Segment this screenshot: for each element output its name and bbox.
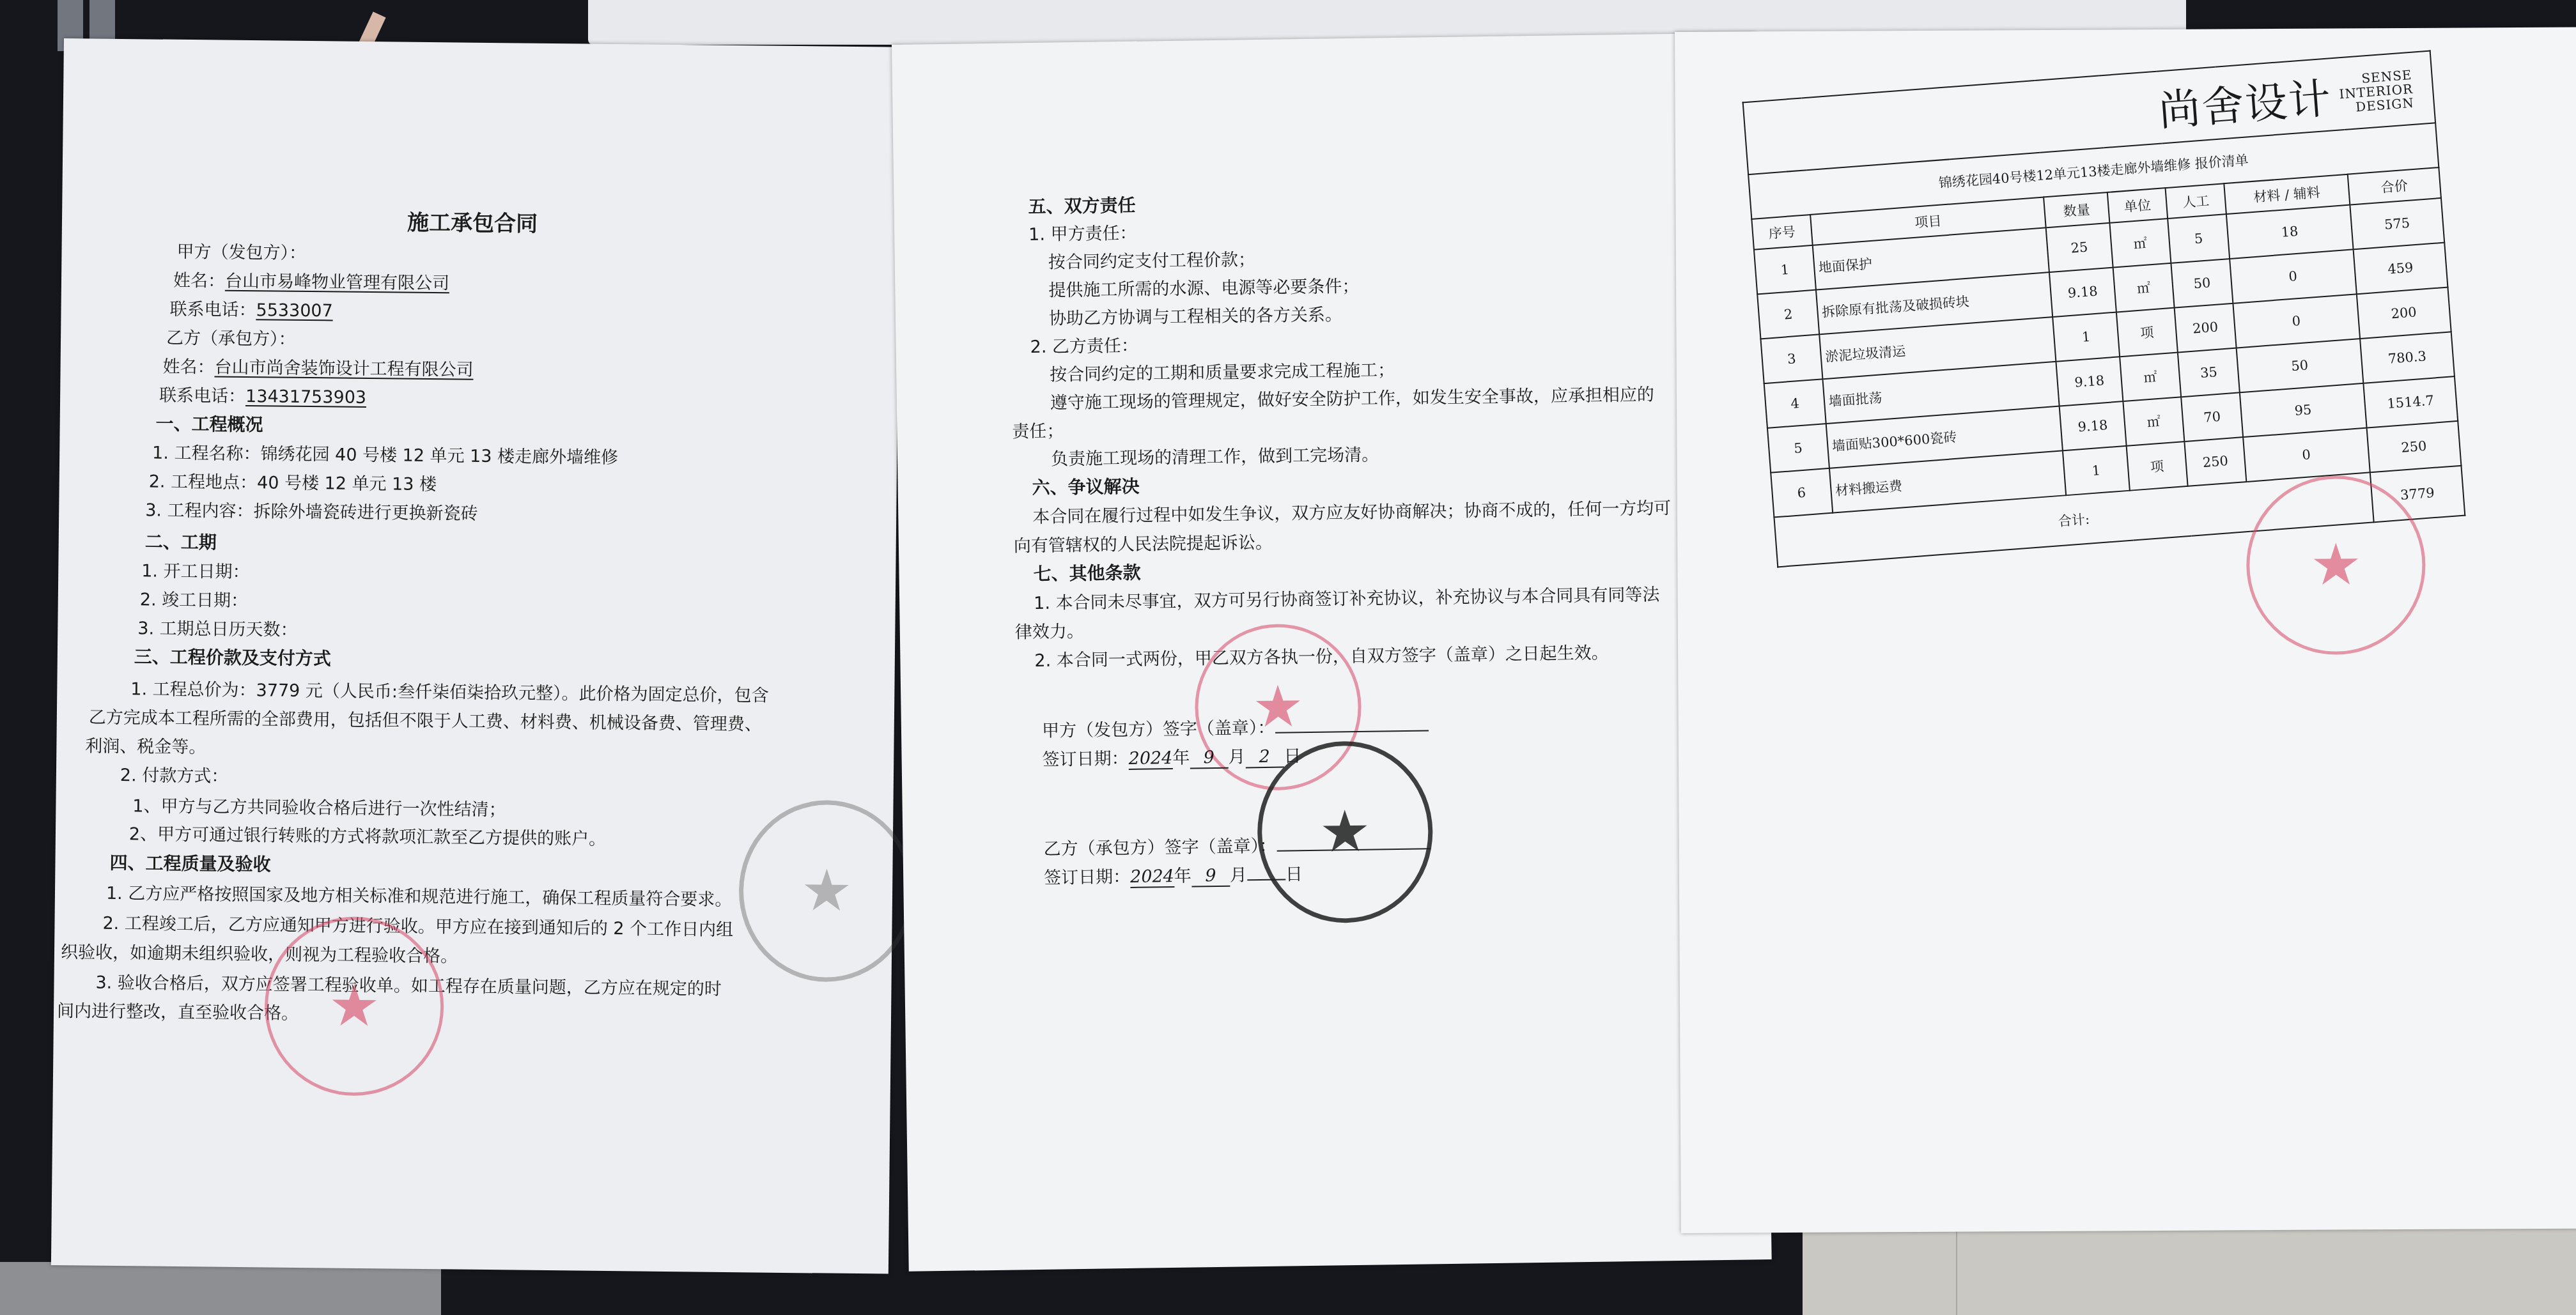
quote-cell: 780.3 (2360, 332, 2455, 383)
s5-b-item: 按合同约定的工期和质量要求完成工程施工； (1050, 356, 1395, 386)
s7-line: 律效力。 (1015, 617, 1085, 643)
s6-line: 本合同在履行过程中如发生争议，双方应友好协商解决；协商不成的，任何一方均可 (1032, 494, 1671, 528)
party-a-seal: ★ (2246, 475, 2426, 655)
quote-cell: 1 (2063, 446, 2129, 495)
quote-page: 尚舍设计 SENSE INTERIOR DESIGN 锦绣花园40号楼12单元1… (1675, 27, 2576, 1233)
section-3-heading: 三、工程价款及支付方式 (134, 643, 331, 670)
col-header: 数量 (2044, 192, 2109, 227)
party-a-name: 台山市易峰物业管理有限公司 (225, 272, 449, 294)
sign-a-line (1275, 730, 1429, 733)
quote-cell: 459 (2353, 243, 2448, 295)
party-b-label: 乙方（承包方）： (166, 324, 296, 350)
party-b-name-row: 姓名：台山市尚舍装饰设计工程有限公司 (162, 353, 473, 381)
party-b-name: 台山市尚舍装饰设计工程有限公司 (214, 357, 473, 380)
col-header: 单位 (2107, 188, 2168, 223)
quote-cell: 9.18 (2056, 357, 2123, 406)
quote-cell: 6 (1771, 468, 1833, 518)
quote-cell: ㎡ (2113, 263, 2175, 312)
col-header: 序号 (1751, 215, 1812, 250)
s4-line: 2. 工程竣工后，乙方应通知甲方进行验收。甲方应在接到通知后的 2 个工作日内组 (102, 909, 733, 941)
quote-cell: ㎡ (2109, 219, 2171, 268)
party-a-name-row: 姓名：台山市易峰物业管理有限公司 (173, 266, 449, 295)
sign-a-row: 甲方（发包方）签字（盖章）： (1042, 711, 1429, 741)
quote-cell: 250 (2366, 421, 2461, 473)
s4-line: 间内进行整改，直至验收合格。 (57, 997, 299, 1024)
s2-item: 3. 工期总日历天数： (137, 614, 298, 641)
party-a-label: 甲方（发包方）： (176, 238, 306, 264)
s1-item: 3. 工程内容：拆除外墙瓷砖进行更换新瓷砖 (145, 496, 478, 524)
party-a-phone-row: 联系电话：5533007 (169, 295, 333, 322)
quote-cell: 200 (2175, 304, 2237, 353)
quote-cell: 9.18 (2060, 401, 2126, 450)
star-icon: ★ (1319, 803, 1371, 861)
quote-cell: 3 (1760, 334, 1822, 383)
s3-payment-item: 1、甲方与乙方共同验收合格后进行一次性结清； (132, 792, 506, 820)
quote-cell: 项 (2126, 442, 2188, 491)
quote-cell: 1 (2052, 312, 2119, 362)
party-b-seal-partial: ★ (738, 799, 915, 983)
contract-page-1: 施工承包合同 甲方（发包方）： 姓名：台山市易峰物业管理有限公司 联系电话：55… (51, 38, 901, 1274)
quote-cell: 575 (2350, 198, 2444, 250)
s3-paragraph: 乙方完成本工程所需的全部费用，包括但不限于人工费、材料费、机械设备费、管理费、 (89, 703, 762, 735)
s1-item: 1. 工程名称：锦绣花园 40 号楼 12 单元 13 楼走廊外墙维修 (152, 438, 618, 468)
s5-b-item: 遵守施工现场的管理规定，做好安全防护工作，如发生安全事故，应承担相应的 (1050, 380, 1654, 413)
quote-cell: 50 (2171, 259, 2233, 308)
quote-cell: ㎡ (2123, 397, 2185, 446)
quote-cell: 4 (1764, 379, 1826, 428)
quote-cell: 5 (2168, 214, 2230, 263)
quote-cell: 35 (2178, 348, 2240, 397)
contract-title: 施工承包合同 (407, 205, 538, 238)
sign-a-day: 2 (1245, 747, 1284, 769)
sign-b-year: 2024 (1130, 866, 1174, 888)
s5-b-item: 负责施工现场的清理工作，做到工完场清。 (1051, 440, 1379, 470)
s7-line: 1. 本合同未尽事宜，双方可另行协商签订补充协议，补充协议与本合同具有同等法 (1034, 580, 1660, 614)
quote-cell: 2 (1757, 290, 1819, 339)
tile-seam (1956, 1227, 1957, 1315)
sign-b-month: 9 (1191, 866, 1230, 888)
party-b-seal: ★ (1256, 740, 1434, 924)
star-icon: ★ (800, 862, 853, 920)
quote-cell: 25 (2046, 223, 2113, 272)
s5-a-label: 1. 甲方责任： (1028, 219, 1137, 245)
s3-paragraph: 1. 工程总价为：3779 元（人民币:叁仟柒佰柒拾玖元整）。此价格为固定总价，… (130, 675, 769, 706)
floor-tile (1803, 1227, 2576, 1315)
section-2-heading: 二、工期 (145, 528, 217, 554)
s5-a-item: 按合同约定支付工程价款； (1048, 245, 1255, 273)
s3-payment-label: 2. 付款方式： (120, 761, 229, 787)
party-b-phone: 13431753903 (245, 387, 366, 408)
s5-a-item: 提供施工所需的水源、电源等必要条件； (1048, 272, 1359, 302)
quote-cell: 5 (1767, 424, 1829, 473)
quote-cell: ㎡ (2120, 352, 2182, 401)
s5-b-label: 2. 乙方责任： (1030, 332, 1138, 358)
s2-item: 1. 开工日期： (141, 557, 250, 583)
contract-page-2: 五、双方责任 1. 甲方责任： 按合同约定支付工程价款； 提供施工所需的水源、电… (892, 33, 1772, 1272)
brand-logo-cn: 尚舍设计 (2156, 64, 2334, 137)
quote-cell: 250 (2185, 437, 2247, 486)
section-4-heading: 四、工程质量及验收 (109, 849, 270, 877)
section-6-heading: 六、争议解决 (1032, 473, 1140, 500)
party-a-phone: 5533007 (256, 300, 333, 321)
sign-a-year: 2024 (1128, 748, 1172, 770)
party-b-phone-row: 联系电话：13431753903 (159, 381, 366, 408)
s1-item: 2. 工程地点：40 号楼 12 单元 13 楼 (149, 467, 437, 495)
col-header: 人工 (2166, 183, 2226, 219)
quote-cell: 200 (2357, 287, 2451, 339)
s6-line: 向有管辖权的人民法院提起诉讼。 (1014, 528, 1273, 557)
sign-a-month: 9 (1190, 748, 1228, 769)
quote-cell: 1514.7 (2363, 376, 2458, 428)
party-a-seal: ★ (264, 916, 445, 1096)
brand-logo-en: SENSE INTERIOR DESIGN (2338, 67, 2414, 114)
quote-cell: 70 (2181, 392, 2243, 442)
s5-a-item: 协助乙方协调与工程相关的各方关系。 (1049, 300, 1342, 329)
star-icon: ★ (328, 977, 380, 1035)
s5-b-item: 责任； (1012, 417, 1064, 442)
section-7-heading: 七、其他条款 (1033, 559, 1141, 586)
s2-item: 2. 竣工日期： (140, 585, 249, 611)
s4-line: 1. 乙方应严格按照国家及地方相关标准和规范进行施工，确保工程质量符合要求。 (106, 879, 733, 911)
underlying-sheet (0, 1262, 441, 1315)
quote-cell: 9.18 (2049, 268, 2116, 317)
section-5-heading: 五、双方责任 (1028, 192, 1136, 219)
section-1-heading: 一、工程概况 (155, 410, 263, 437)
star-icon: ★ (2310, 536, 2362, 594)
quote-cell: 1 (1754, 245, 1816, 295)
s3-paragraph: 利润、税金等。 (85, 732, 206, 758)
sign-a-date-row: 签订日期：2024年9月2日 (1042, 742, 1301, 771)
s3-payment-item: 2、甲方可通过银行转账的方式将款项汇款至乙方提供的账户。 (129, 820, 607, 850)
quote-cell: 项 (2116, 308, 2178, 357)
